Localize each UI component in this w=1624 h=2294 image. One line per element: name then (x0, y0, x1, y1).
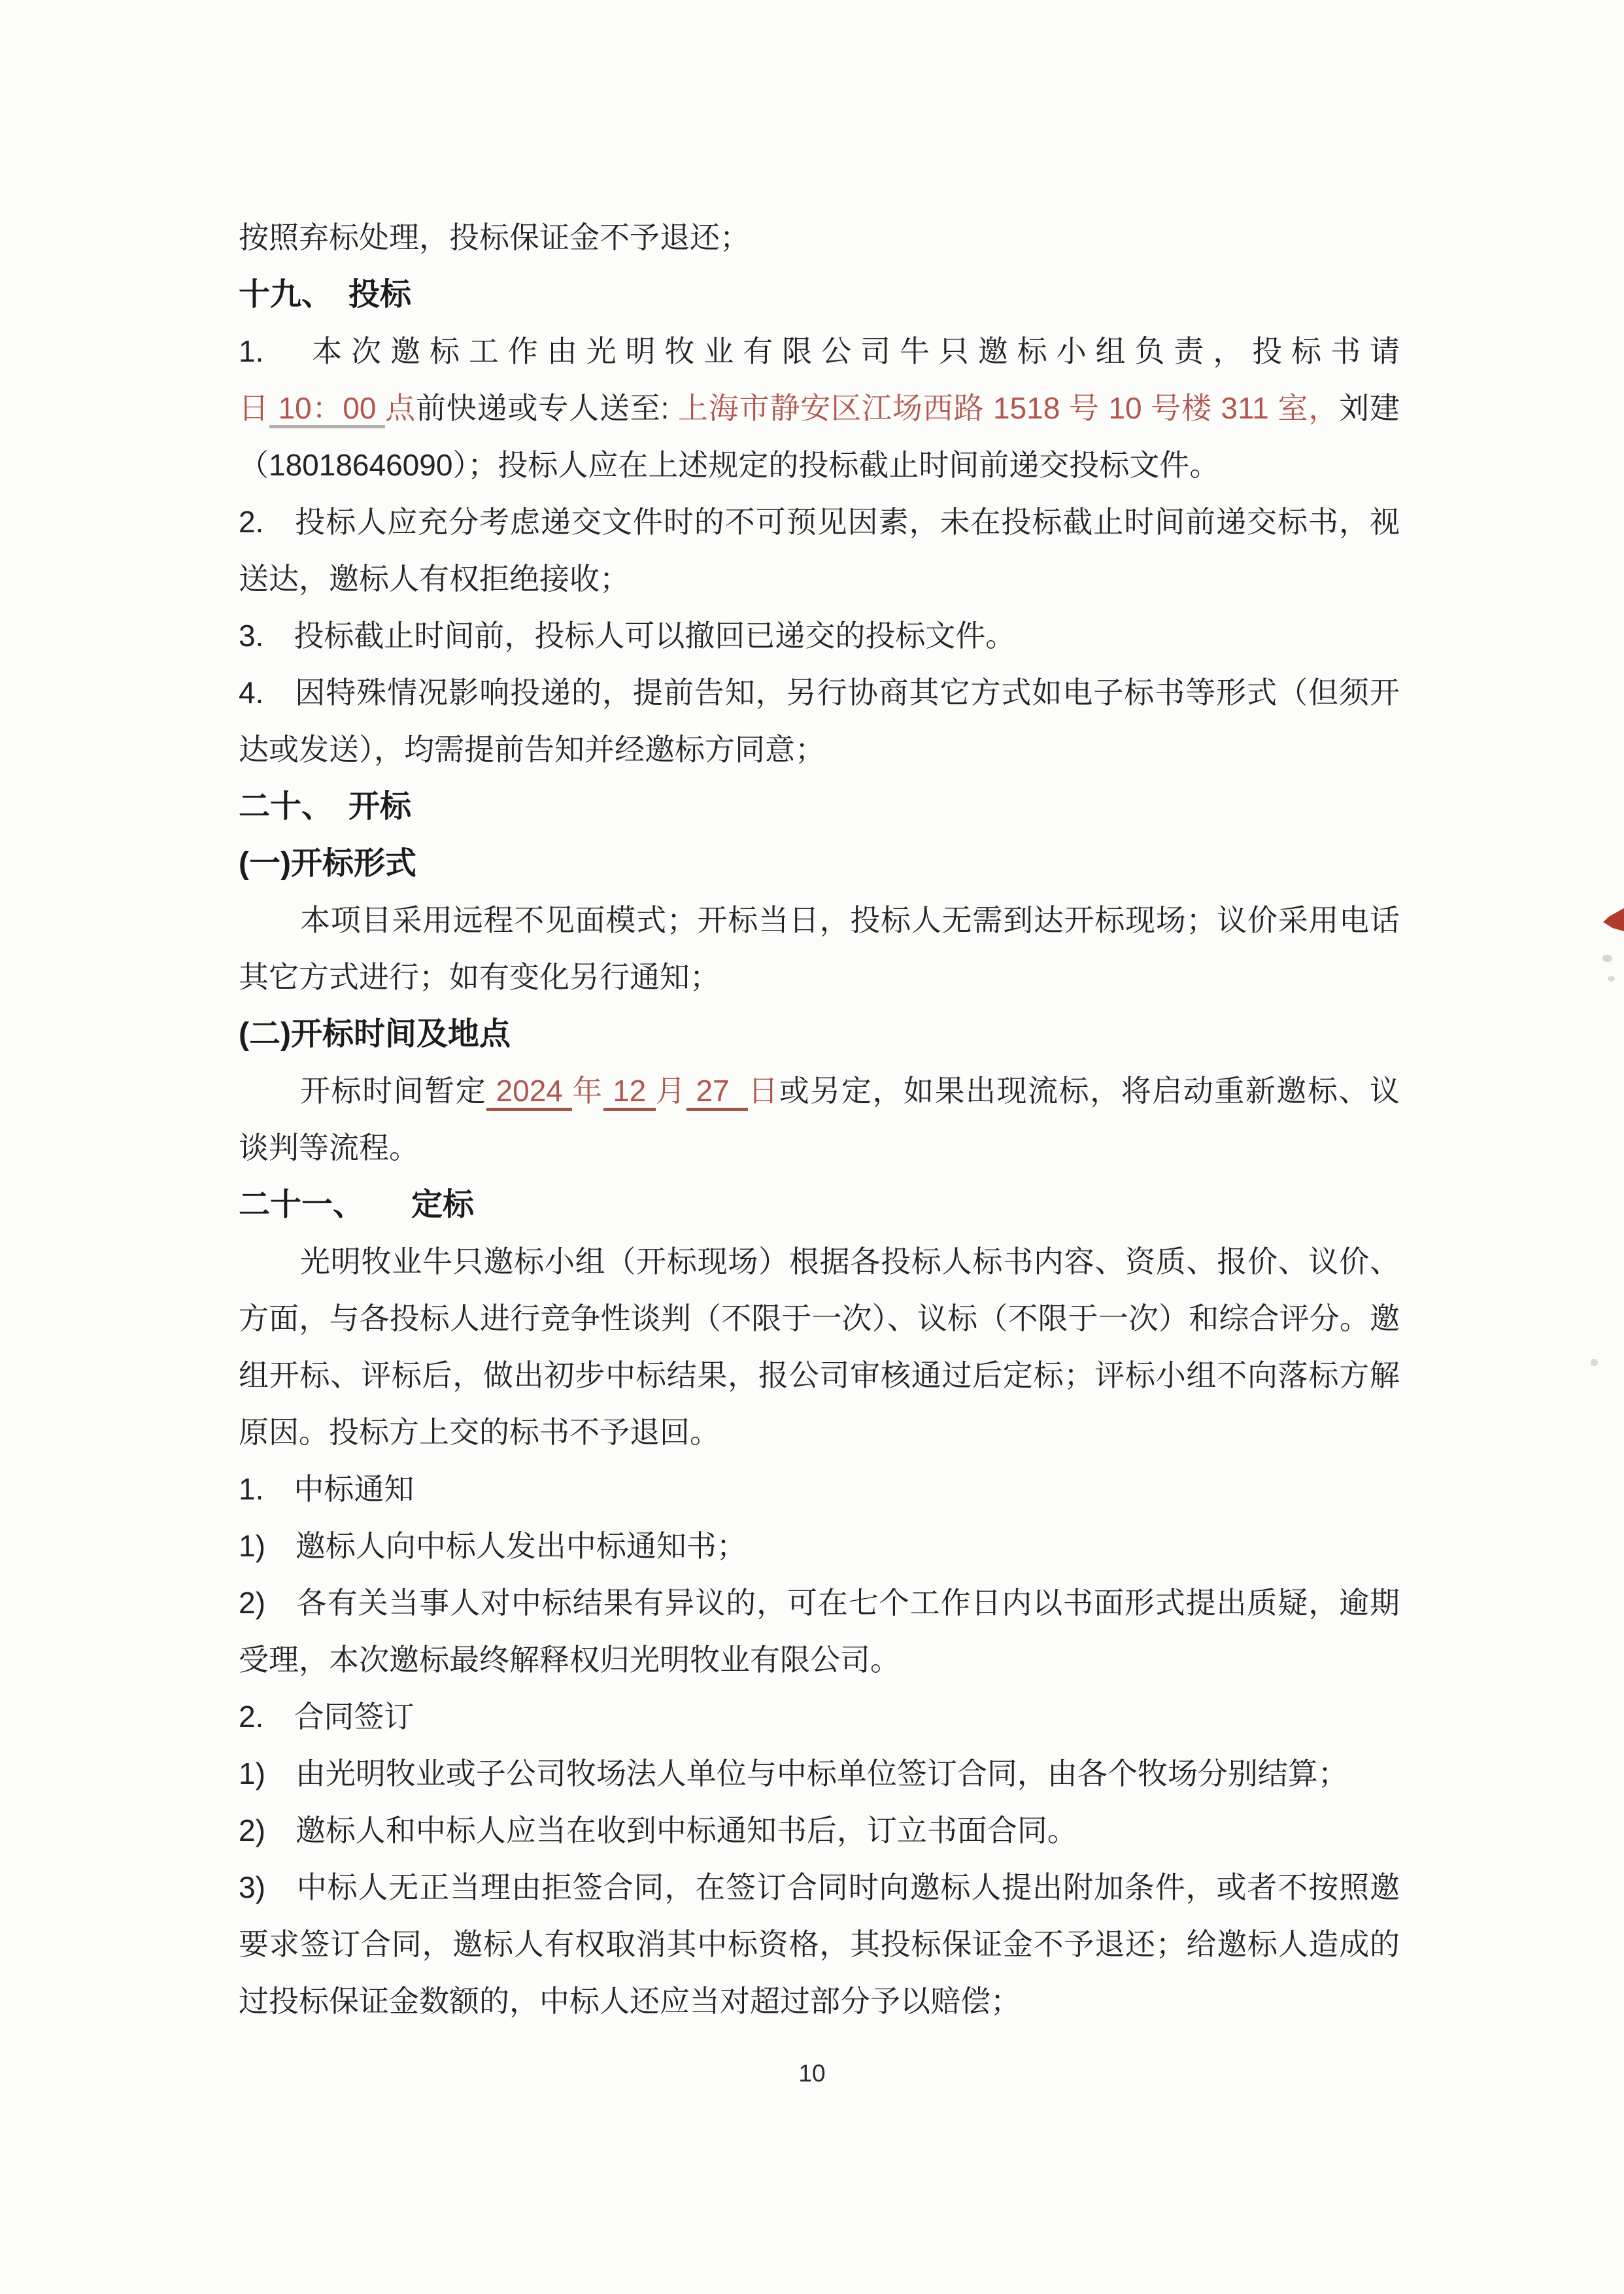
item-21-1-2-line-1: 2) 各有关当事人对中标结果有异议的，可在七个工作日内以书面形式提出质疑，逾期将… (239, 1575, 1400, 1632)
para-20-1-line-1: 本项目采用远程不见面模式；开标当日，投标人无需到达开标现场；议价采用电话方式或 (239, 892, 1400, 949)
text-segment: 送达，邀标人有权拒绝接收； (239, 562, 630, 596)
text-segment: 月 (656, 1074, 687, 1108)
text-segment: 达或发送），均需提前告知并经邀标方同意； (239, 732, 825, 766)
text-segment: 十九、 投标 (239, 277, 411, 312)
text-segment: 1. 中标通知 (239, 1472, 414, 1506)
item-3: 3. 投标截止时间前，投标人可以撤回已递交的投标文件。 (239, 608, 1400, 664)
scan-artifact (1608, 976, 1615, 982)
text-segment: 受理，本次邀标最终解释权归光明牧业有限公司。 (239, 1643, 900, 1677)
text-segment: 过投标保证金数额的，中标人还应当对超过部分予以赔偿； (239, 1984, 1021, 2018)
item-21-2-1: 1) 由光明牧业或子公司牧场法人单位与中标单位签订合同，由各个牧场分别结算； (239, 1745, 1400, 1802)
para-20-2-line-2: 谈判等流程。 (239, 1120, 1400, 1176)
item-21-2-3-line-1: 3) 中标人无正当理由拒签合同，在签订合同时向邀标人提出附加条件，或者不按照邀标… (239, 1859, 1400, 1916)
para-21-line-3: 组开标、评标后，做出初步中标结果，报公司审核通过后定标；评标小组不向落标方解释落… (239, 1347, 1400, 1404)
text-segment: 开标时间暂定 (300, 1074, 486, 1108)
item-1-line-1: 1. 本次邀标工作由光明牧业有限公司牛只邀标小组负责，投标书请于 2024 年 … (239, 323, 1400, 380)
text-segment: （18018646090）；投标人应在上述规定的投标截止时间前递交投标文件。 (239, 448, 1219, 482)
text-segment: 按照弃标处理，投标保证金不予退还； (239, 220, 750, 254)
text-segment: 10：00 (269, 391, 385, 428)
sub-heading-20-2: (二)开标时间及地点 (239, 1006, 1400, 1063)
item-21-2-2: 2) 邀标人和中标人应当在收到中标通知书后，订立书面合同。 (239, 1802, 1400, 1859)
scan-artifact (1591, 1359, 1598, 1366)
text-segment: 上海市静安区江场西路 1518 号 10 号楼 311 室， (678, 391, 1339, 425)
line-carryover: 按照弃标处理，投标保证金不予退还； (239, 209, 1400, 266)
section-heading-21: 二十一、 定标 (239, 1176, 1400, 1233)
item-2-line-1: 2. 投标人应充分考虑递交文件时的不可预见因素，未在投标截止时间前递交标书，视为… (239, 494, 1400, 551)
text-segment: 2) 邀标人和中标人应当在收到中标通知书后，订立书面合同。 (239, 1813, 1077, 1847)
item-21-2-3-line-2: 要求签订合同，邀标人有权取消其中标资格，其投标保证金不予退还；给邀标人造成的损失… (239, 1916, 1400, 1973)
text-segment: 1) 邀标人向中标人发出中标通知书； (239, 1529, 747, 1563)
text-segment: 2. 合同签订 (239, 1700, 414, 1734)
text-segment: 本项目采用远程不见面模式；开标当日，投标人无需到达开标现场；议价采用电话方式或 (300, 903, 1400, 949)
section-heading-19: 十九、 投标 (239, 266, 1400, 323)
sub-heading-20-1: (一)开标形式 (239, 835, 1400, 892)
para-21-line-1: 光明牧业牛只邀标小组（开标现场）根据各投标人标书内容、资质、报价、议价、服务等 (239, 1233, 1400, 1290)
text-segment: 3) 中标人无正当理由拒签合同，在签订合同时向邀标人提出附加条件，或者不按照邀标… (239, 1870, 1400, 1916)
text-segment: 要求签订合同，邀标人有权取消其中标资格，其投标保证金不予退还；给邀标人造成的损失… (239, 1927, 1400, 1973)
text-segment: 其它方式进行；如有变化另行通知； (239, 960, 720, 994)
text-segment: 光明牧业牛只邀标小组（开标现场）根据各投标人标书内容、资质、报价、议价、服务等 (300, 1244, 1400, 1290)
item-1-line-2: 日 10：00 点前快递或专人送至: 上海市静安区江场西路 1518 号 10 … (239, 380, 1400, 437)
text-segment: 方面，与各投标人进行竞争性谈判（不限于一次）、议标（不限于一次）和综合评分。邀标… (239, 1301, 1400, 1347)
text-segment: 日 (748, 1074, 779, 1108)
document-body: 按照弃标处理，投标保证金不予退还；十九、 投标1. 本次邀标工作由光明牧业有限公… (239, 209, 1400, 2030)
text-segment: 2. 投标人应充分考虑递交文件时的不可预见因素，未在投标截止时间前递交标书，视为… (239, 505, 1400, 551)
text-segment: (二)开标时间及地点 (239, 1017, 511, 1052)
red-margin-annotation-mark-icon (1603, 908, 1624, 933)
text-segment: 12 (603, 1074, 656, 1111)
para-21-line-4: 原因。投标方上交的标书不予退回。 (239, 1404, 1400, 1461)
text-segment: 27 (686, 1074, 748, 1111)
text-segment: 2024 (486, 1074, 572, 1111)
text-segment: 2) 各有关当事人对中标结果有异议的，可在七个工作日内以书面形式提出质疑，逾期将… (239, 1586, 1400, 1632)
document-page: 按照弃标处理，投标保证金不予退还；十九、 投标1. 本次邀标工作由光明牧业有限公… (0, 0, 1624, 2294)
text-segment: 1) 由光明牧业或子公司牧场法人单位与中标单位签订合同，由各个牧场分别结算； (239, 1756, 1348, 1790)
para-20-2-line-1: 开标时间暂定 2024 年 12 月 27 日或另定，如果出现流标，将启动重新邀… (239, 1063, 1400, 1120)
text-segment: 前快递或专人送至: (416, 391, 678, 425)
text-segment: 日 (239, 391, 269, 425)
text-segment: (一)开标形式 (239, 846, 416, 881)
text-segment: 二十、 开标 (239, 789, 411, 824)
item-4-line-1: 4. 因特殊情况影响投递的，提前告知，另行协商其它方式如电子标书等形式（但须开标… (239, 664, 1400, 721)
item-21-2: 2. 合同签订 (239, 1688, 1400, 1745)
scan-artifact (1602, 955, 1612, 962)
item-21-1: 1. 中标通知 (239, 1461, 1400, 1518)
text-segment: 点 (385, 391, 416, 425)
section-heading-20: 二十、 开标 (239, 778, 1400, 835)
item-21-2-3-line-3: 过投标保证金数额的，中标人还应当对超过部分予以赔偿； (239, 1973, 1400, 2030)
page-number: 10 (0, 2060, 1624, 2087)
item-4-line-2: 达或发送），均需提前告知并经邀标方同意； (239, 721, 1400, 778)
para-21-line-2: 方面，与各投标人进行竞争性谈判（不限于一次）、议标（不限于一次）和综合评分。邀标… (239, 1290, 1400, 1347)
text-segment: 谈判等流程。 (239, 1131, 419, 1165)
text-segment: 1. 本次邀标工作由光明牧业有限公司牛只邀标小组负责，投标书请于 (239, 334, 1400, 380)
text-segment: 4. 因特殊情况影响投递的，提前告知，另行协商其它方式如电子标书等形式（但须开标… (239, 676, 1400, 721)
text-segment: 3. 投标截止时间前，投标人可以撤回已递交的投标文件。 (239, 619, 1015, 653)
item-21-1-2-line-2: 受理，本次邀标最终解释权归光明牧业有限公司。 (239, 1632, 1400, 1688)
item-21-1-1: 1) 邀标人向中标人发出中标通知书； (239, 1518, 1400, 1575)
text-segment: 二十一、 定标 (239, 1188, 474, 1222)
text-segment: 年 (572, 1074, 603, 1108)
para-20-1-line-2: 其它方式进行；如有变化另行通知； (239, 949, 1400, 1006)
text-segment: 原因。投标方上交的标书不予退回。 (239, 1415, 720, 1449)
text-segment: 组开标、评标后，做出初步中标结果，报公司审核通过后定标；评标小组不向落标方解释落… (239, 1358, 1400, 1404)
item-1-line-3: （18018646090）；投标人应在上述规定的投标截止时间前递交投标文件。 (239, 437, 1400, 494)
item-2-line-2: 送达，邀标人有权拒绝接收； (239, 551, 1400, 608)
